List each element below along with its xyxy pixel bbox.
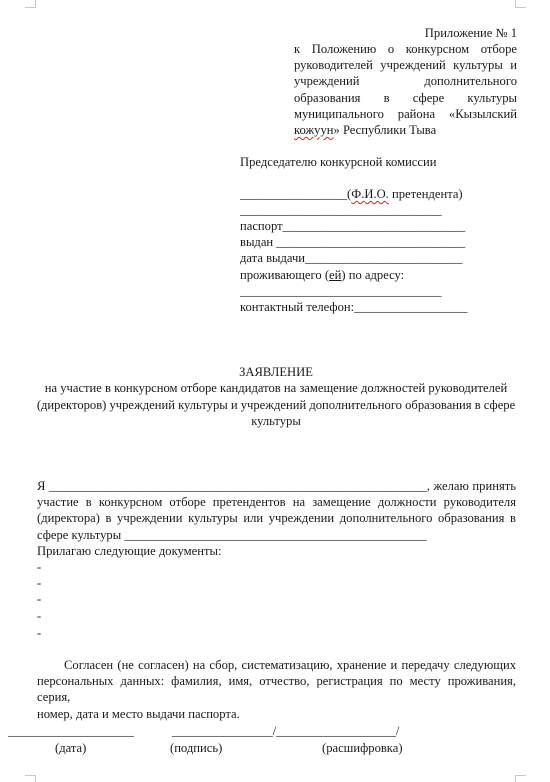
appendix-line: образования в сфере культуры [294,90,517,106]
attachment-item: - [37,625,41,641]
date-label: (дата) [55,740,86,756]
document-subtitle-line: (директоров) учреждений культуры и учреж… [30,397,522,413]
passport-field: паспорт_____________________________ [240,218,465,234]
signature-label: (подпись) [170,740,222,756]
page-corner-mark [515,0,526,8]
consent-line: Согласен (не согласен) на сбор, системат… [37,657,516,673]
phone-field: контактный телефон:__________________ [240,299,467,315]
issue-date-field: дата выдачи_________________________ [240,250,462,266]
appendix-line: муниципального района «Кызылский [294,106,517,122]
body-line: Я ______________________________________… [37,478,516,494]
attachment-item: - [37,575,41,591]
consent-line: номер, дата и место выдачи паспорта. [37,706,516,722]
appendix-line: руководителей учреждений культуры и [294,57,517,73]
residing-address-label: проживающего (ей) по адресу: [240,267,404,283]
signature-blank: ________________/___________________/ [172,723,399,739]
addressee-to: Председателю конкурсной комиссии [240,154,436,170]
document-subtitle-line: на участие в конкурсном отборе кандидато… [30,380,522,396]
page-corner-mark [25,775,36,782]
page-corner-mark [515,775,526,782]
appendix-line: к Положению о конкурсном отборе [294,41,517,57]
fio-field: _________________(Ф.И.О. претендента) [240,186,463,202]
body-line: участие в конкурсном отборе претендентов… [37,494,516,510]
document-title: ЗАЯВЛЕНИЕ [30,364,522,380]
attachments-label: Прилагаю следующие документы: [37,543,516,559]
appendix-line: учреждений дополнительного [294,73,517,89]
attachment-item: - [37,559,41,575]
document-subtitle-line: культуры [30,413,522,429]
issued-by-field: выдан ______________________________ [240,234,465,250]
body-line: (директора) в учреждении культуры или уч… [37,510,516,526]
page-corner-mark [25,0,36,8]
application-paragraph: Я ______________________________________… [37,478,516,559]
attachment-item: - [37,591,41,607]
date-blank: ____________________ [8,723,134,739]
consent-line: персональных данных: фамилия, имя, отчес… [37,673,516,705]
appendix-line-last: кожуун» Республики Тыва [294,122,517,138]
appendix-title: Приложение № 1 [294,25,517,41]
misspelled-word[interactable]: Ф.И.О. [351,187,389,201]
decode-label: (расшифровка) [322,740,403,756]
blank-line: ________________________________ [240,202,442,218]
attachment-item: - [37,608,41,624]
appendix-reference: к Положению о конкурсном отборе руководи… [294,41,517,138]
address-blank-line: ________________________________ [240,283,442,299]
body-line: сфере культуры _________________________… [37,527,516,543]
consent-paragraph: Согласен (не согласен) на сбор, системат… [37,657,516,722]
misspelled-word[interactable]: кожуун [294,123,334,137]
